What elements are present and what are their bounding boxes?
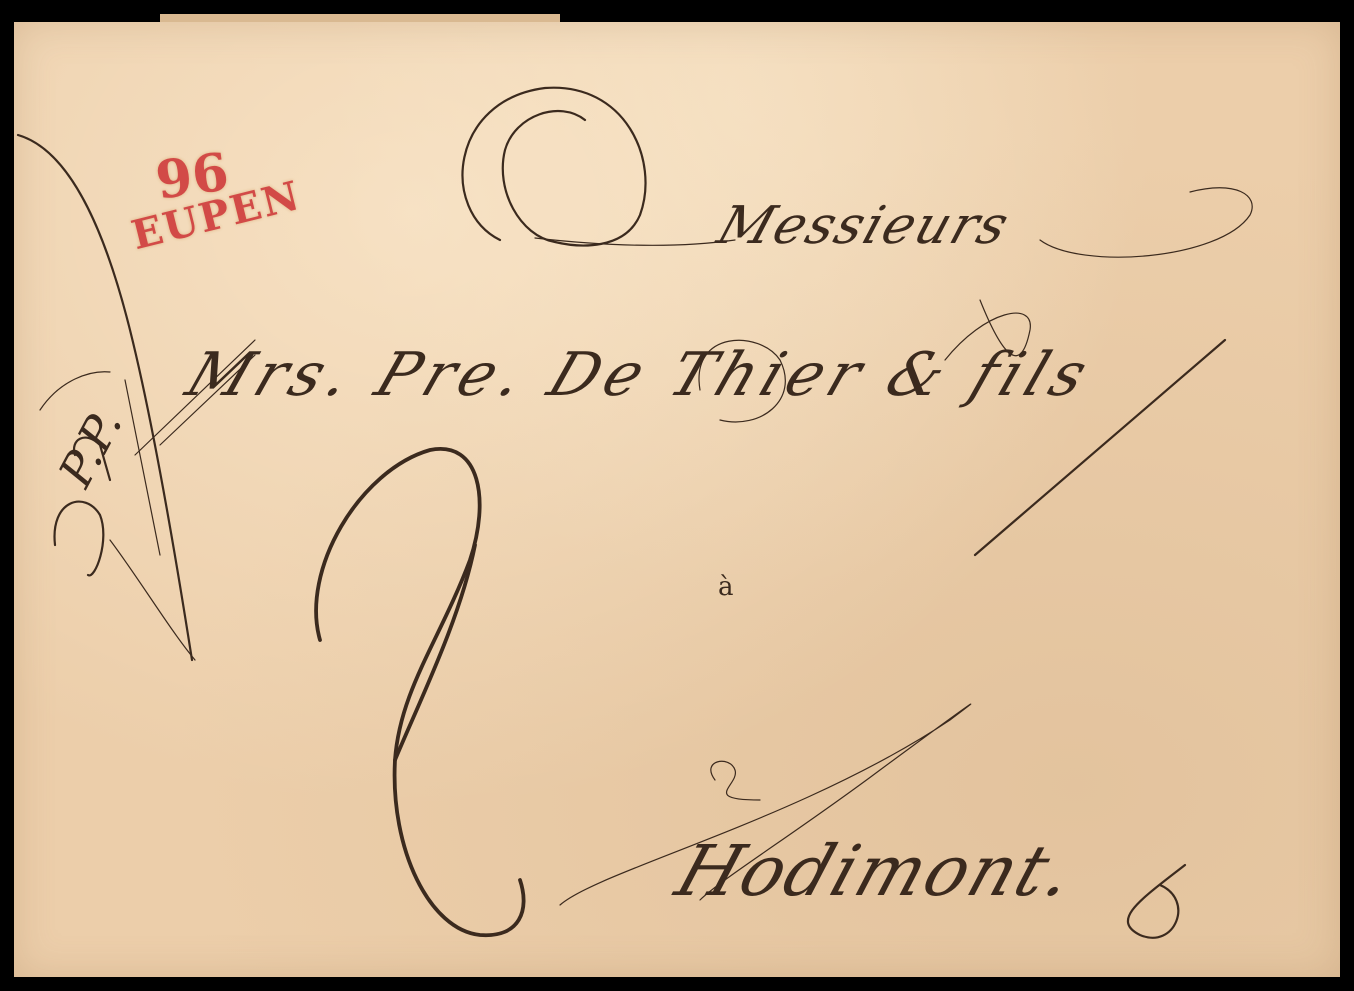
salutation-swash xyxy=(1040,188,1252,257)
destination-prefix: à xyxy=(718,572,734,602)
destination-text: Hodimont. xyxy=(667,830,1086,912)
destination-suffix-six xyxy=(1128,865,1185,938)
salutation-text: Messieurs xyxy=(710,196,1017,256)
